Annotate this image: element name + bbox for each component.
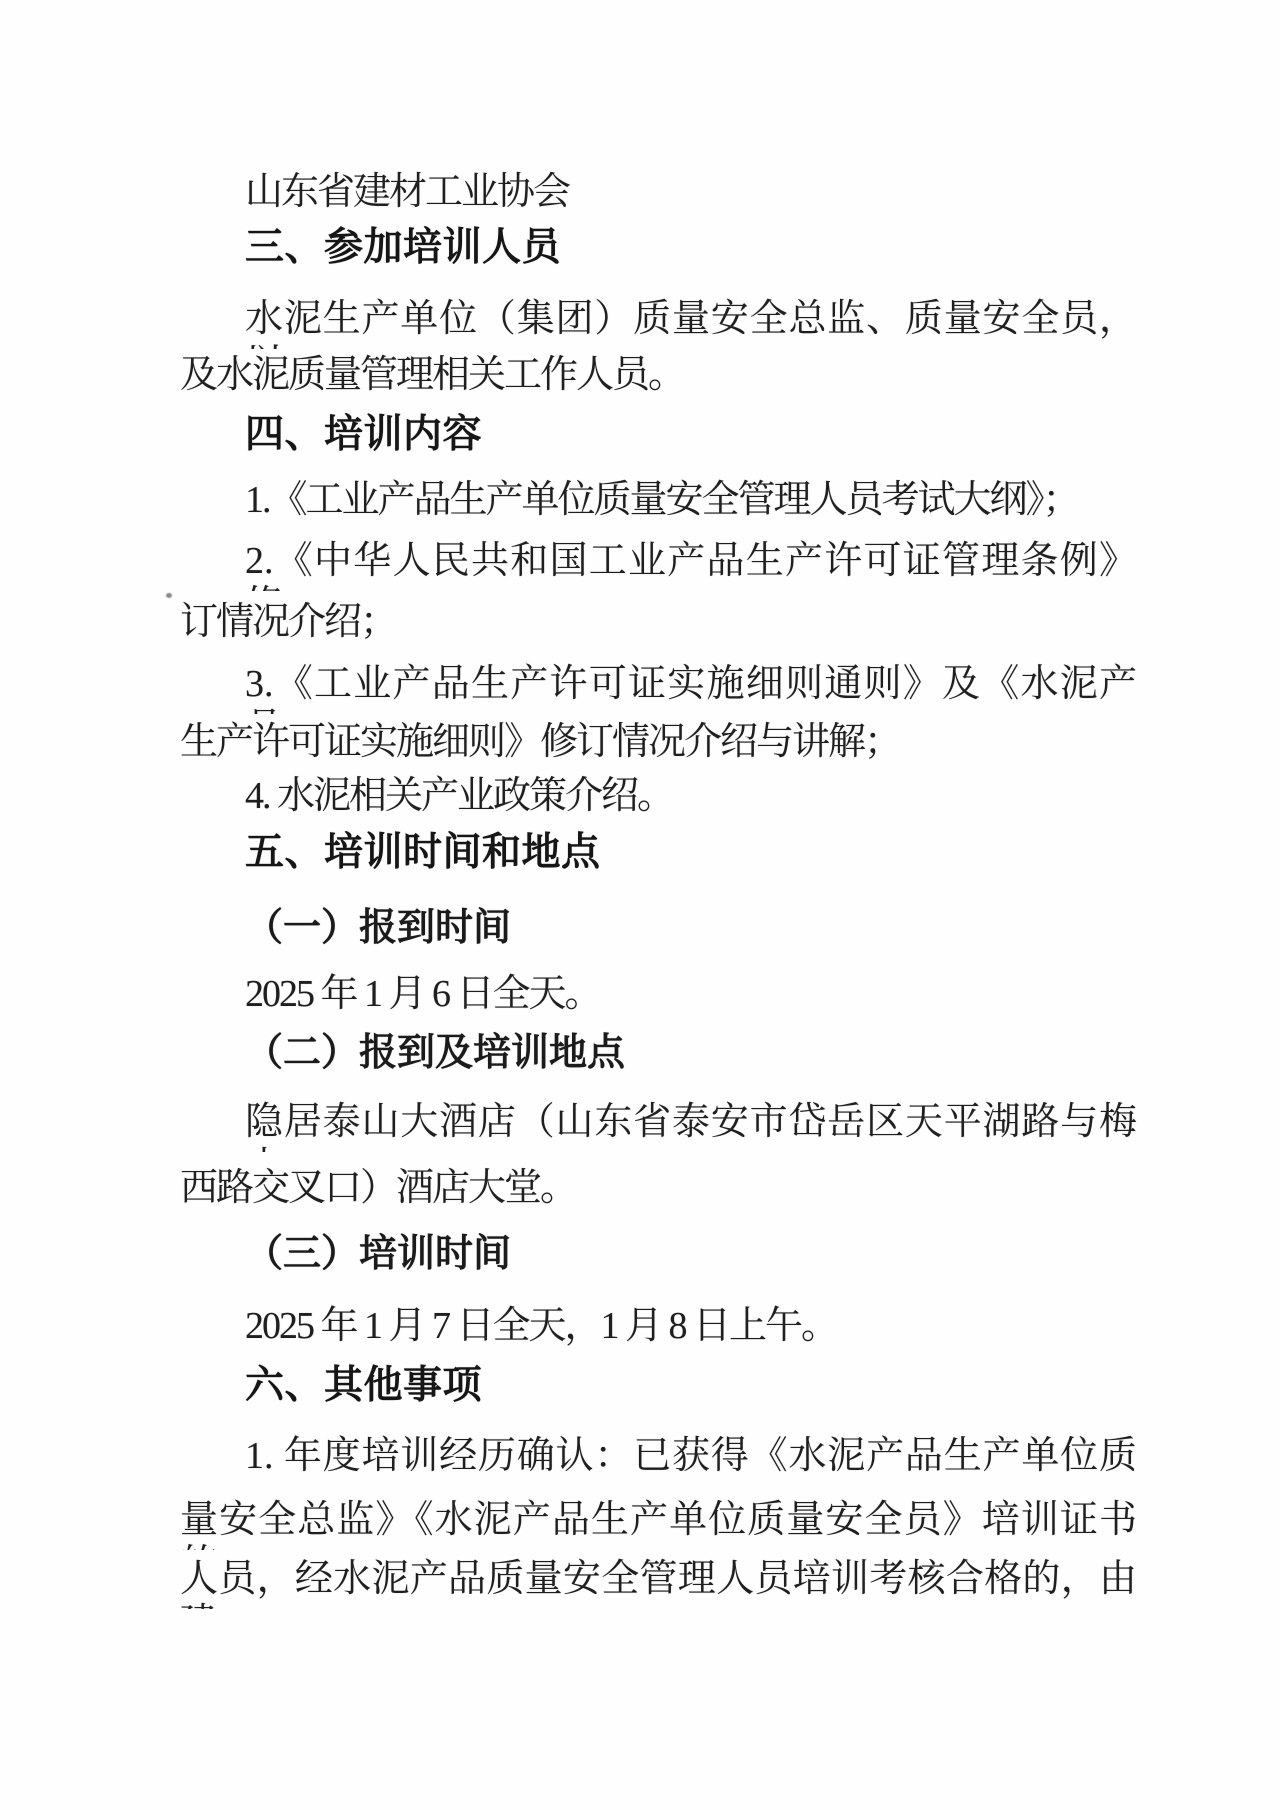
body-line: 水泥生产单位（集团）质量安全总监、质量安全员，以 <box>245 297 1137 349</box>
body-line: 及水泥质量管理相关工作人员。 <box>180 353 684 397</box>
list-item-4: 4. 水泥相关产业政策介绍。 <box>245 774 673 818</box>
scan-speck <box>166 593 172 598</box>
body-line: 2025 年 1 月 6 日全天。 <box>245 972 601 1016</box>
body-line: 人员，经水泥产品质量安全管理人员培训考核合格的，由建 <box>180 1557 1137 1609</box>
section-heading-4: 四、培训内容 <box>245 412 482 457</box>
subsection-heading-1: （一）报到时间 <box>245 906 511 950</box>
body-line: 隐居泰山大酒店（山东省泰安市岱岳区天平湖路与梅山 <box>245 1100 1137 1152</box>
section-heading-3: 三、参加培训人员 <box>245 225 561 270</box>
body-line: 订情况介绍； <box>180 600 396 644</box>
list-item-1: 1.《工业产品生产单位质量安全管理人员考试大纲》； <box>245 478 1079 522</box>
section-heading-6: 六、其他事项 <box>245 1363 482 1408</box>
list-item-2: 2.《中华人民共和国工业产品生产许可证管理条例》修 <box>245 539 1137 591</box>
scanned-document-page: 山东省建材工业协会 三、参加培训人员 水泥生产单位（集团）质量安全总监、质量安全… <box>0 0 1280 1810</box>
list-item-3: 3.《工业产品生产许可证实施细则通则》及《水泥产品 <box>245 662 1137 714</box>
body-line: 2025 年 1 月 7 日全天，1 月 8 日上午。 <box>245 1304 837 1348</box>
body-line: 山东省建材工业协会 <box>245 170 569 214</box>
body-line: 西路交叉口）酒店大堂。 <box>180 1166 576 1210</box>
section-heading-5: 五、培训时间和地点 <box>245 830 601 875</box>
subsection-heading-3: （三）培训时间 <box>245 1232 511 1276</box>
body-line: 量安全总监》《水泥产品生产单位质量安全员》培训证书的 <box>180 1498 1137 1550</box>
subsection-heading-2: （二）报到及培训地点 <box>245 1031 625 1075</box>
body-line: 生产许可证实施细则》修订情况介绍与讲解； <box>180 720 900 764</box>
list-item-1: 1. 年度培训经历确认：已获得《水泥产品生产单位质 <box>245 1434 1137 1486</box>
